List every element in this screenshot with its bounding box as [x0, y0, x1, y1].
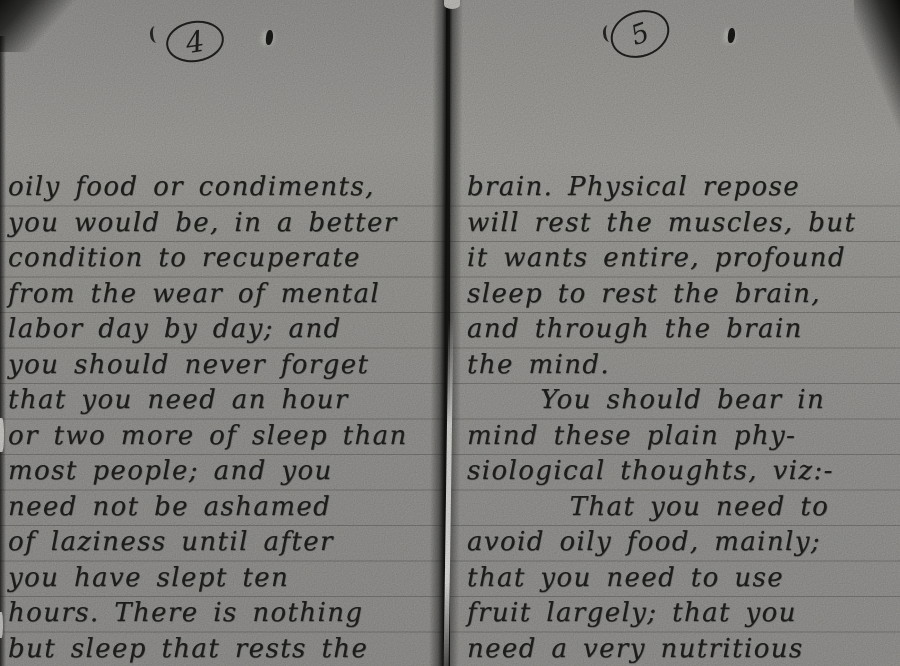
manuscript-line: labor day by day; and — [0, 312, 446, 348]
manuscript-line: siological thoughts, viz:- — [450, 454, 900, 490]
manuscript-line: need a very nutritious — [450, 632, 900, 666]
manuscript-line: that you need to use — [450, 561, 900, 597]
manuscript-line: you should never forget — [0, 348, 446, 384]
paper-edge-chip — [0, 418, 4, 452]
binder-hole-icon — [265, 30, 274, 46]
left-page-number: 4 — [183, 23, 207, 59]
manuscript-line: it wants entire, profound — [450, 241, 900, 277]
manuscript-line: sleep to rest the brain, — [450, 277, 900, 313]
manuscript-line: you would be, in a better — [0, 206, 446, 242]
left-page-number-circle: 4 — [163, 17, 227, 67]
manuscript-line: need not be ashamed — [0, 490, 446, 526]
corner-shadow-top-left — [0, 0, 86, 52]
gutter-top-notch — [444, 0, 460, 9]
manuscript-line: that you need an hour — [0, 383, 446, 419]
left-page-text: oily food or condiments, you would be, i… — [0, 170, 446, 666]
manuscript-line: will rest the muscles, but — [450, 206, 900, 242]
manuscript-line: That you need to — [450, 490, 900, 526]
corner-shadow-top-right — [854, 0, 900, 150]
manuscript-line: and through the brain — [450, 312, 900, 348]
paper-edge-chip — [0, 612, 3, 638]
right-page: 5 brain. Physical repose will rest the m… — [450, 0, 900, 666]
manuscript-line: You should bear in — [450, 383, 900, 419]
scanned-manuscript: 4 oily food or condiments, you would be,… — [0, 0, 900, 666]
left-page: 4 oily food or condiments, you would be,… — [0, 0, 446, 666]
manuscript-line: of laziness until after — [0, 525, 446, 561]
manuscript-line: condition to recuperate — [0, 241, 446, 277]
binder-hole-icon — [727, 28, 736, 44]
manuscript-line: oily food or condiments, — [0, 170, 446, 206]
manuscript-line: but sleep that rests the — [0, 632, 446, 666]
manuscript-line: or two more of sleep than — [0, 419, 446, 455]
manuscript-line: brain. Physical repose — [450, 170, 900, 206]
manuscript-line: the mind. — [450, 348, 900, 384]
manuscript-line: from the wear of mental — [0, 277, 446, 313]
manuscript-line: mind these plain phy- — [450, 419, 900, 455]
right-page-text: brain. Physical repose will rest the mus… — [450, 170, 900, 666]
manuscript-line: fruit largely; that you — [450, 596, 900, 632]
manuscript-line: hours. There is nothing — [0, 596, 446, 632]
right-page-number: 5 — [627, 16, 654, 51]
manuscript-line: avoid oily food, mainly; — [450, 525, 900, 561]
binder-hole-icon — [149, 25, 163, 43]
manuscript-line: most people; and you — [0, 454, 446, 490]
manuscript-line: you have slept ten — [0, 561, 446, 597]
left-edge-shadow — [0, 36, 6, 666]
right-page-number-circle: 5 — [604, 2, 676, 66]
